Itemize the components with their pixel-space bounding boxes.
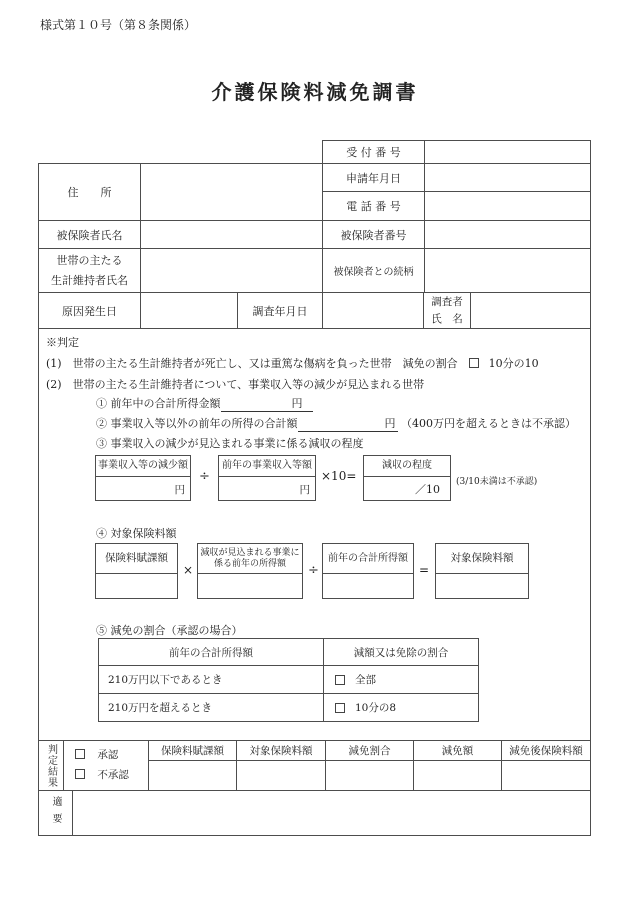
- insured-name-label: 被保険者氏名: [38, 220, 141, 249]
- result-reduction-ratio-field[interactable]: [325, 760, 414, 791]
- remarks-field[interactable]: [72, 790, 591, 836]
- surveyor-name-label-line2: 氏 名: [431, 311, 463, 327]
- premium-levy-field[interactable]: [96, 574, 177, 599]
- judgment-item1-option: 10分の10: [489, 357, 539, 370]
- breadwinner-name-label: 世帯の主たる 生計維持者氏名: [38, 248, 141, 293]
- prev-year-business-income-field[interactable]: 円: [219, 477, 315, 501]
- ratio-table-col1-header: 前年の合計所得額: [98, 638, 324, 666]
- business-income-decrease-unit: 円: [175, 482, 186, 497]
- insured-name-field[interactable]: [140, 220, 323, 249]
- result-premium-levy-field[interactable]: [148, 760, 237, 791]
- prev-year-total-income-field[interactable]: [323, 574, 413, 599]
- ratio-row1-condition: 210万円以下であるとき: [98, 665, 324, 694]
- remarks-label-text: 適要: [48, 796, 63, 830]
- ratio-row1-option-label: 全部: [355, 672, 376, 687]
- surveyor-name-field[interactable]: [470, 292, 591, 329]
- surveyor-name-label: 調査者 氏 名: [423, 292, 471, 329]
- judgment-item1-text: (1) 世帯の主たる生計維持者が死亡し、又は重篤な傷病を負った世帯 減免の割合: [46, 357, 458, 370]
- form-number: 様式第１０号（第８条関係）: [40, 16, 196, 33]
- application-date-field[interactable]: [424, 163, 591, 192]
- ratio-row2-option-label: 10分の8: [355, 700, 396, 715]
- ratio-table-col2-header: 減額又は免除の割合: [323, 638, 479, 666]
- result-label: 判定結果: [38, 740, 64, 791]
- prev-year-total-income-label: 前年の合計所得額: [323, 544, 413, 574]
- total-income-unit: 円: [292, 397, 303, 410]
- business-income-decrease-label: 事業収入等の減少額: [96, 456, 190, 477]
- sub-item2-note: （400万円を超えるときは不承認）: [401, 417, 576, 430]
- prev-year-business-income-unit: 円: [300, 482, 311, 497]
- relationship-field[interactable]: [424, 248, 591, 293]
- checkbox-ratio-all[interactable]: [335, 675, 345, 685]
- result-reduction-amount-field[interactable]: [413, 760, 502, 791]
- application-date-label: 申請年月日: [322, 163, 425, 192]
- reject-label: 不承認: [97, 769, 129, 781]
- ratio-row2-option: 10分の8: [323, 693, 479, 722]
- approve-label: 承認: [97, 749, 118, 761]
- result-decision-cell: 承認 不承認: [63, 740, 149, 791]
- form-page: 様式第１０号（第８条関係） 介護保険料減免調書 受 付 番 号 住 所 申請年月…: [0, 0, 630, 903]
- cause-date-field[interactable]: [140, 292, 238, 329]
- sub-item2-text: ② 事業収入等以外の前年の所得の合計額: [96, 417, 298, 430]
- surveyor-name-label-line1: 調査者: [431, 294, 463, 310]
- sub-item4-text: ④ 対象保険料額: [96, 525, 177, 541]
- equals-operator: =: [419, 563, 429, 577]
- reception-number-field[interactable]: [424, 140, 591, 164]
- breadwinner-name-field[interactable]: [140, 248, 323, 293]
- prev-year-total-income-box: 前年の合計所得額: [322, 543, 414, 599]
- page-title: 介護保険料減免調書: [0, 76, 630, 105]
- decreased-business-prev-income-label-line1: 減収が見込まれる事業に: [200, 548, 299, 558]
- decrease-degree-field[interactable]: ／10: [364, 477, 450, 501]
- divide-operator-2: ÷: [308, 563, 319, 578]
- remarks-label: 適要: [38, 790, 73, 836]
- sub-item1-text: ① 前年中の合計所得金額: [96, 397, 221, 410]
- other-income-blank-field[interactable]: 円: [298, 415, 398, 432]
- address-field[interactable]: [140, 163, 323, 221]
- checkbox-reject[interactable]: [75, 769, 85, 779]
- phone-number-label: 電 話 番 号: [322, 191, 425, 221]
- decreased-business-prev-income-label-line2: 係る前年の所得額: [214, 559, 286, 569]
- sub-item3-text: ③ 事業収入の減少が見込まれる事業に係る減収の程度: [96, 435, 364, 451]
- insured-number-field[interactable]: [424, 220, 591, 249]
- decreased-business-prev-income-label: 減収が見込まれる事業に 係る前年の所得額: [198, 544, 302, 574]
- target-premium-field[interactable]: [436, 574, 528, 599]
- decreased-business-prev-income-box: 減収が見込まれる事業に 係る前年の所得額: [197, 543, 303, 599]
- checkbox-approve[interactable]: [75, 749, 85, 759]
- phone-number-field[interactable]: [424, 191, 591, 221]
- decrease-degree-value: ／10: [415, 481, 440, 497]
- result-premium-after-field[interactable]: [501, 760, 591, 791]
- judgment-item2-text: (2) 世帯の主たる生計維持者について、事業収入等の減少が見込まれる世帯: [46, 376, 424, 392]
- approve-row: 承認: [75, 746, 118, 766]
- prev-year-business-income-box: 前年の事業収入等額 円: [218, 455, 316, 501]
- prev-year-business-income-label: 前年の事業収入等額: [219, 456, 315, 477]
- reception-number-label: 受 付 番 号: [322, 140, 425, 164]
- survey-date-label: 調査年月日: [237, 292, 323, 329]
- relationship-label: 被保険者との続柄: [322, 248, 425, 293]
- result-col-header-reduction-ratio: 減免割合: [325, 740, 414, 761]
- ratio-row1-option: 全部: [323, 665, 479, 694]
- decrease-degree-label: 減収の程度: [364, 456, 450, 477]
- divide-operator-1: ÷: [199, 469, 210, 484]
- result-label-text: 判定結果: [44, 744, 59, 788]
- address-label: 住 所: [38, 163, 141, 221]
- business-income-decrease-box: 事業収入等の減少額 円: [95, 455, 191, 501]
- result-col-header-target-premium: 対象保険料額: [236, 740, 326, 761]
- survey-date-field[interactable]: [322, 292, 424, 329]
- decreased-business-prev-income-field[interactable]: [198, 574, 302, 599]
- premium-levy-box: 保険料賦課額: [95, 543, 178, 599]
- business-income-decrease-field[interactable]: 円: [96, 477, 190, 501]
- sub-item5-text: ⑤ 減免の割合（承認の場合）: [96, 622, 243, 638]
- times10-equals-operator: ×10=: [321, 469, 356, 483]
- target-premium-box: 対象保険料額: [435, 543, 529, 599]
- result-target-premium-field[interactable]: [236, 760, 326, 791]
- calc1-note: (3/10未満は不承認): [456, 474, 537, 487]
- total-income-blank-field[interactable]: 円: [221, 395, 313, 412]
- reject-row: 不承認: [75, 766, 129, 786]
- result-col-header-premium-after: 減免後保険料額: [501, 740, 591, 761]
- checkbox-ratio-10-of-10[interactable]: [469, 358, 479, 368]
- decrease-degree-box: 減収の程度 ／10: [363, 455, 451, 501]
- result-col-header-premium-levy: 保険料賦課額: [148, 740, 237, 761]
- ratio-row2-condition: 210万円を超えるとき: [98, 693, 324, 722]
- premium-levy-label: 保険料賦課額: [96, 544, 177, 574]
- cause-date-label: 原因発生日: [38, 292, 141, 329]
- multiply-operator: ×: [183, 563, 193, 577]
- other-income-unit: 円: [385, 417, 396, 430]
- checkbox-ratio-8-of-10[interactable]: [335, 703, 345, 713]
- target-premium-label: 対象保険料額: [436, 544, 528, 574]
- insured-number-label: 被保険者番号: [322, 220, 425, 249]
- breadwinner-name-label-line1: 世帯の主たる: [57, 251, 123, 270]
- judgment-heading: ※判定: [46, 334, 79, 350]
- result-col-header-reduction-amount: 減免額: [413, 740, 502, 761]
- breadwinner-name-label-line2: 生計維持者氏名: [51, 271, 128, 290]
